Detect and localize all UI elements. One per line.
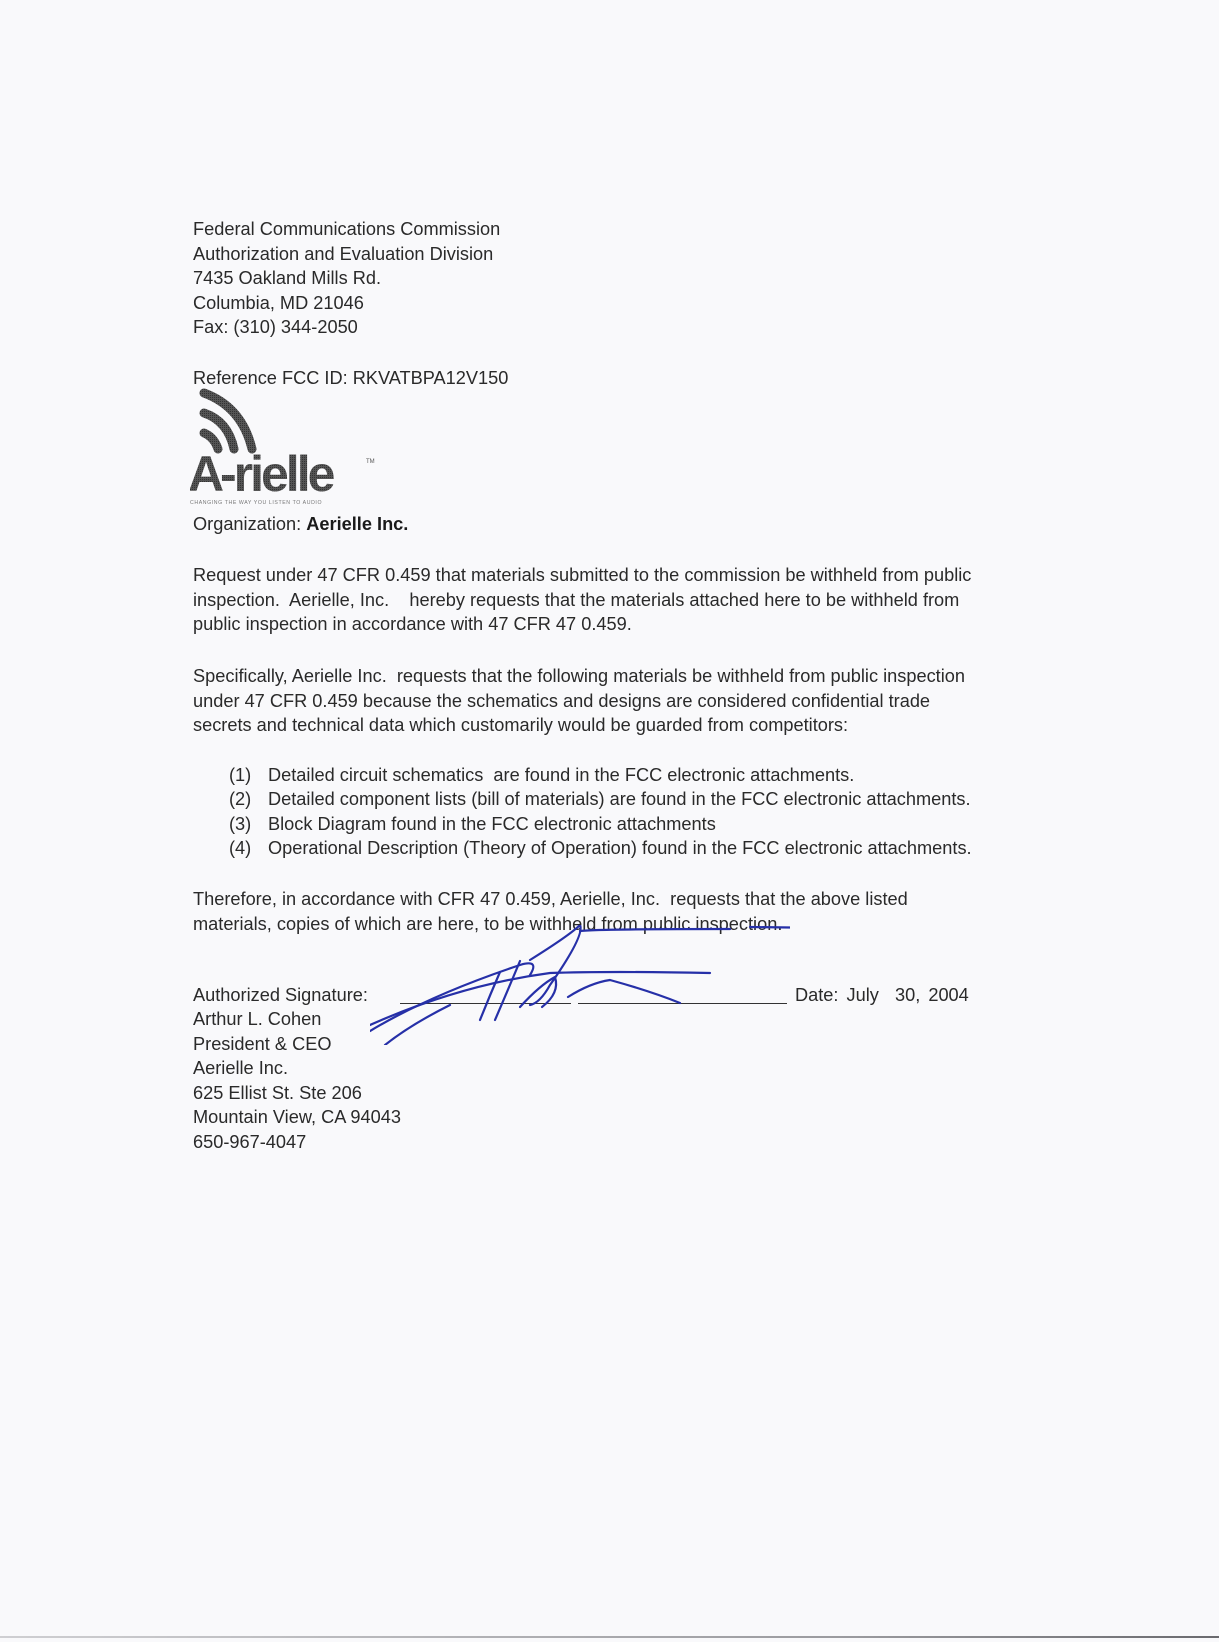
signer-company: Aerielle Inc. bbox=[193, 1056, 401, 1081]
recipient-line: 7435 Oakland Mills Rd. bbox=[193, 266, 500, 291]
signer-city: Mountain View, CA 94043 bbox=[193, 1105, 401, 1130]
paragraph-line: Specifically, Aerielle Inc. requests tha… bbox=[193, 664, 1103, 689]
list-item-number: (2) bbox=[229, 787, 268, 811]
list-item: (3)Block Diagram found in the FCC electr… bbox=[229, 812, 972, 836]
list-item-number: (4) bbox=[229, 836, 268, 860]
signature-label: Authorized Signature: bbox=[193, 983, 368, 1008]
list-item: (2)Detailed component lists (bill of mat… bbox=[229, 787, 972, 811]
paragraph-line: inspection. Aerielle, Inc. hereby reques… bbox=[193, 588, 1093, 613]
paragraph-line: Request under 47 CFR 0.459 that material… bbox=[193, 563, 1093, 588]
recipient-line: Columbia, MD 21046 bbox=[193, 291, 500, 316]
logo-wordmark: A bbox=[190, 446, 223, 502]
conclusion-paragraph: Therefore, in accordance with CFR 47 0.4… bbox=[193, 887, 1093, 936]
signature-line bbox=[578, 1003, 787, 1004]
paragraph-line: public inspection in accordance with 47 … bbox=[193, 612, 1093, 637]
recipient-line: Federal Communications Commission bbox=[193, 217, 500, 242]
materials-list: (1)Detailed circuit schematics are found… bbox=[229, 763, 972, 860]
list-item-text: Detailed circuit schematics are found in… bbox=[268, 765, 854, 785]
wireless-signal-icon: A -rielle TM CHANGING THE WAY YOU LISTEN… bbox=[190, 387, 380, 509]
signer-title: President & CEO bbox=[193, 1032, 401, 1057]
paragraph-line: Therefore, in accordance with CFR 47 0.4… bbox=[193, 887, 1093, 912]
list-item-text: Detailed component lists (bill of materi… bbox=[268, 789, 971, 809]
svg-text:TM: TM bbox=[366, 459, 375, 465]
recipient-address: Federal Communications Commission Author… bbox=[193, 217, 500, 340]
svg-text:CHANGING THE WAY YOU LISTEN TO: CHANGING THE WAY YOU LISTEN TO AUDIO bbox=[190, 500, 322, 506]
date-field: Date: July 30, 2004 bbox=[795, 983, 969, 1008]
organization-line: Organization: Aerielle Inc. bbox=[193, 512, 408, 537]
signer-name: Arthur L. Cohen bbox=[193, 1007, 401, 1032]
list-item-text: Operational Description (Theory of Opera… bbox=[268, 838, 972, 858]
company-logo: A -rielle TM CHANGING THE WAY YOU LISTEN… bbox=[190, 387, 380, 509]
signer-phone: 650-967-4047 bbox=[193, 1130, 401, 1155]
paragraph-line: materials, copies of which are here, to … bbox=[193, 912, 1093, 937]
date-value: July 30, 2004 bbox=[847, 985, 969, 1005]
svg-text:-rielle: -rielle bbox=[220, 446, 335, 502]
request-paragraph: Request under 47 CFR 0.459 that material… bbox=[193, 563, 1093, 637]
recipient-line: Authorization and Evaluation Division bbox=[193, 242, 500, 267]
paragraph-line: under 47 CFR 0.459 because the schematic… bbox=[193, 689, 1103, 714]
signer-details: Arthur L. Cohen President & CEO Aerielle… bbox=[193, 1007, 401, 1154]
list-item-number: (1) bbox=[229, 763, 268, 787]
list-item-number: (3) bbox=[229, 812, 268, 836]
signer-street: 625 Ellist St. Ste 206 bbox=[193, 1081, 401, 1106]
handwritten-signature bbox=[370, 925, 790, 1045]
list-item: (1)Detailed circuit schematics are found… bbox=[229, 763, 972, 787]
organization-label: Organization: bbox=[193, 514, 301, 534]
organization-name: Aerielle Inc. bbox=[306, 514, 408, 534]
page-edge-divider bbox=[0, 1636, 1219, 1638]
recipient-fax: Fax: (310) 344-2050 bbox=[193, 315, 500, 340]
reference-label: Reference FCC ID: bbox=[193, 368, 348, 388]
date-label: Date: bbox=[795, 985, 838, 1005]
fcc-id: RKVATBPA12V150 bbox=[353, 368, 509, 388]
list-item-text: Block Diagram found in the FCC electroni… bbox=[268, 814, 716, 834]
specific-request-paragraph: Specifically, Aerielle Inc. requests tha… bbox=[193, 664, 1103, 738]
signature-line bbox=[400, 1003, 571, 1004]
list-item: (4)Operational Description (Theory of Op… bbox=[229, 836, 972, 860]
paragraph-line: secrets and technical data which customa… bbox=[193, 713, 1103, 738]
